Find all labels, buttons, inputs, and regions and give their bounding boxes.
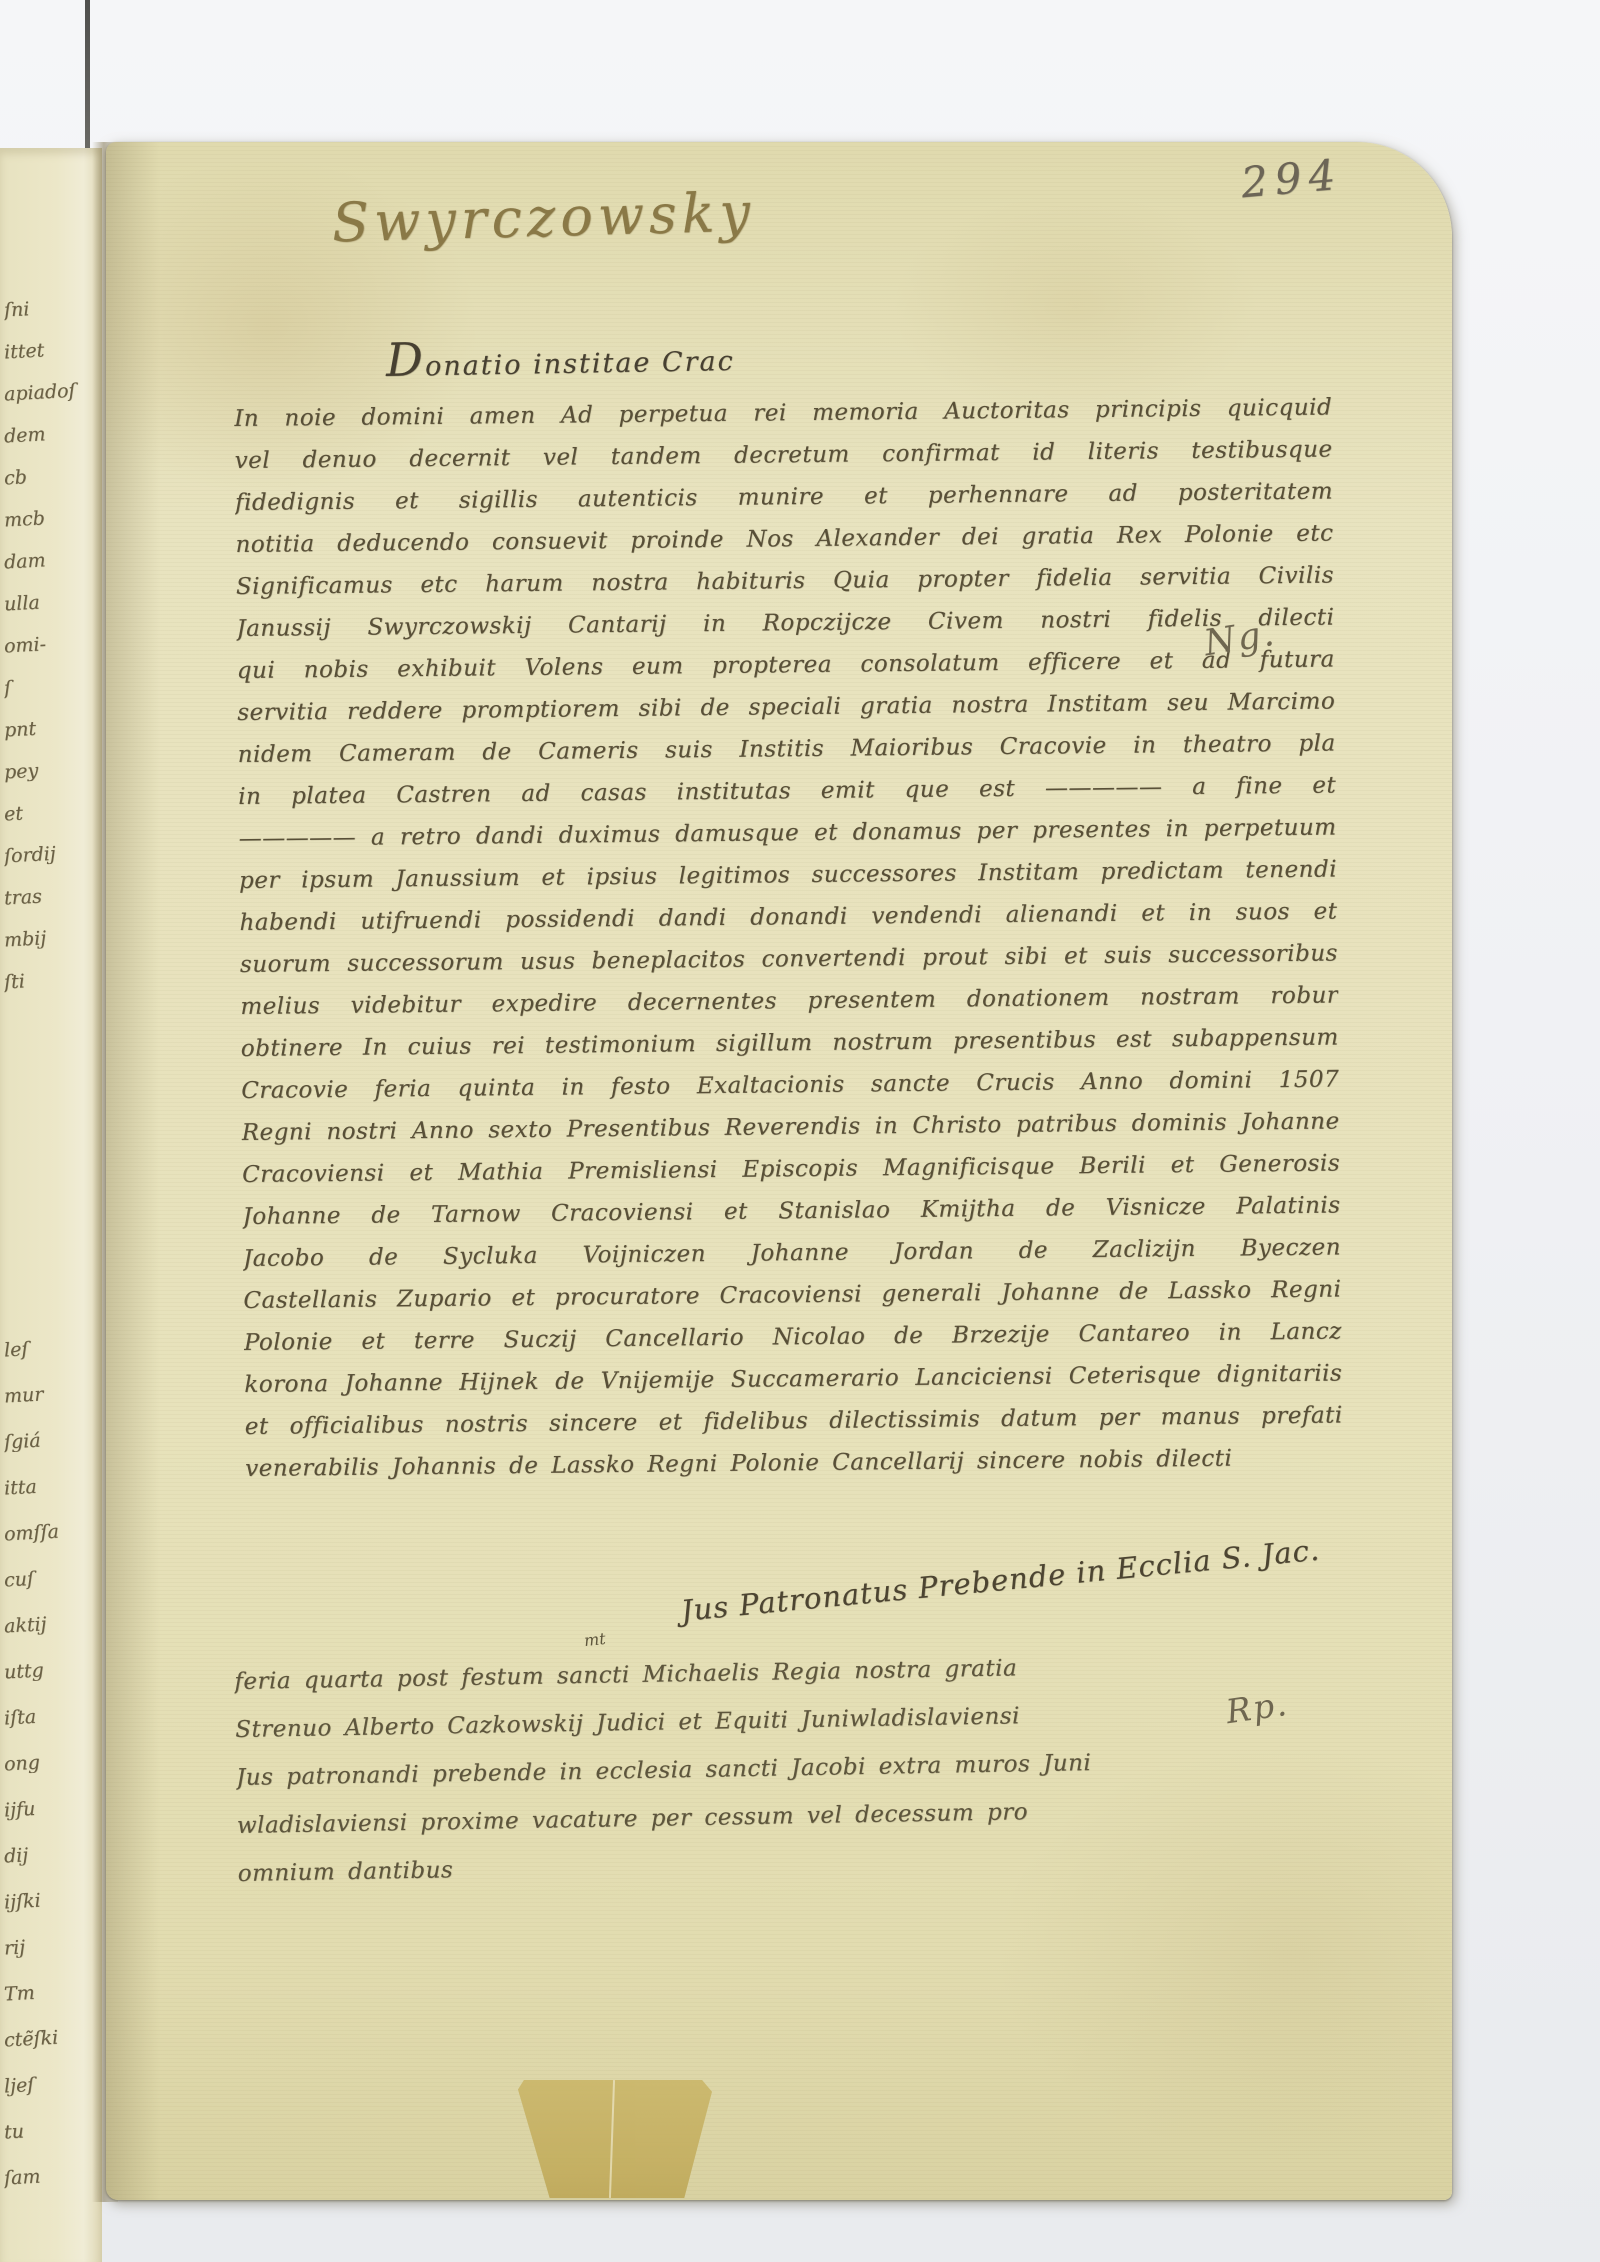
edge-fragment: cb — [4, 464, 99, 489]
edge-fragment: ulla — [4, 590, 99, 615]
edge-fragment: ljeſ — [4, 2072, 99, 2097]
edge-fragment: ſ — [4, 674, 99, 699]
edge-fragment: aktij — [4, 1612, 99, 1637]
edge-fragment: ijfu — [4, 1796, 99, 1821]
edge-fragment: pey — [4, 758, 99, 783]
edge-fragment: et — [4, 800, 99, 825]
paper-crack — [609, 2080, 615, 2198]
edge-fragment: ſti — [4, 968, 99, 993]
manuscript-page: 294 Swyrczowsky Donatio institae Crac In… — [106, 142, 1452, 2200]
page-heading: Swyrczowsky — [331, 180, 755, 254]
section-heading: Jus Patronatus Prebende in Ecclia S. Jac… — [679, 1533, 1321, 1628]
insertion-mark: mt — [583, 1629, 606, 1650]
edge-fragment: dij — [4, 1842, 99, 1867]
entry-title: Donatio institae Crac — [386, 327, 736, 387]
previous-page-edge: ſni ittet apiadoſ dem cb mcb dam ulla om… — [0, 148, 102, 2262]
edge-fragment: omſſa — [4, 1520, 99, 1545]
edge-fragment: apiadoſ — [4, 380, 99, 405]
edge-fragment: omi- — [4, 632, 99, 657]
edge-fragment: mur — [4, 1382, 99, 1407]
edge-fragment: mbij — [4, 926, 99, 951]
edge-fragment: dam — [4, 548, 99, 573]
edge-fragment: itta — [4, 1474, 99, 1499]
edge-fragment: ſam — [4, 2164, 99, 2189]
edge-fragment: ittet — [4, 338, 99, 363]
book-spine-edge — [85, 0, 90, 154]
edge-fragment: tu — [4, 2118, 99, 2143]
edge-fragment: ſgiá — [4, 1428, 99, 1453]
edge-fragment: ijſki — [4, 1888, 99, 1913]
edge-fragment: ctẽſki — [4, 2026, 99, 2051]
edge-fragment: tras — [4, 884, 99, 909]
edge-fragment: pnt — [4, 716, 99, 741]
edge-fragment: leſ — [4, 1336, 99, 1361]
edge-fragment: iſta — [4, 1704, 99, 1729]
tape-repair-stain — [514, 2080, 712, 2198]
edge-fragment: dem — [4, 422, 99, 447]
main-text-block: In noie domini amen Ad perpetua rei memo… — [234, 387, 1343, 1490]
edge-fragment: cuſ — [4, 1566, 99, 1591]
edge-fragment: ſni — [4, 296, 99, 321]
edge-fragment: rij — [4, 1934, 99, 1959]
edge-fragment: Tm — [4, 1980, 99, 2005]
second-entry-block: feria quarta post festum sancti Michaeli… — [234, 1639, 1336, 1898]
edge-fragment: ong — [4, 1750, 99, 1775]
edge-fragment: mcb — [4, 506, 99, 531]
folio-number: 294 — [1239, 150, 1344, 208]
edge-fragment: ſordij — [4, 842, 99, 867]
edge-fragment: uttg — [4, 1658, 99, 1683]
